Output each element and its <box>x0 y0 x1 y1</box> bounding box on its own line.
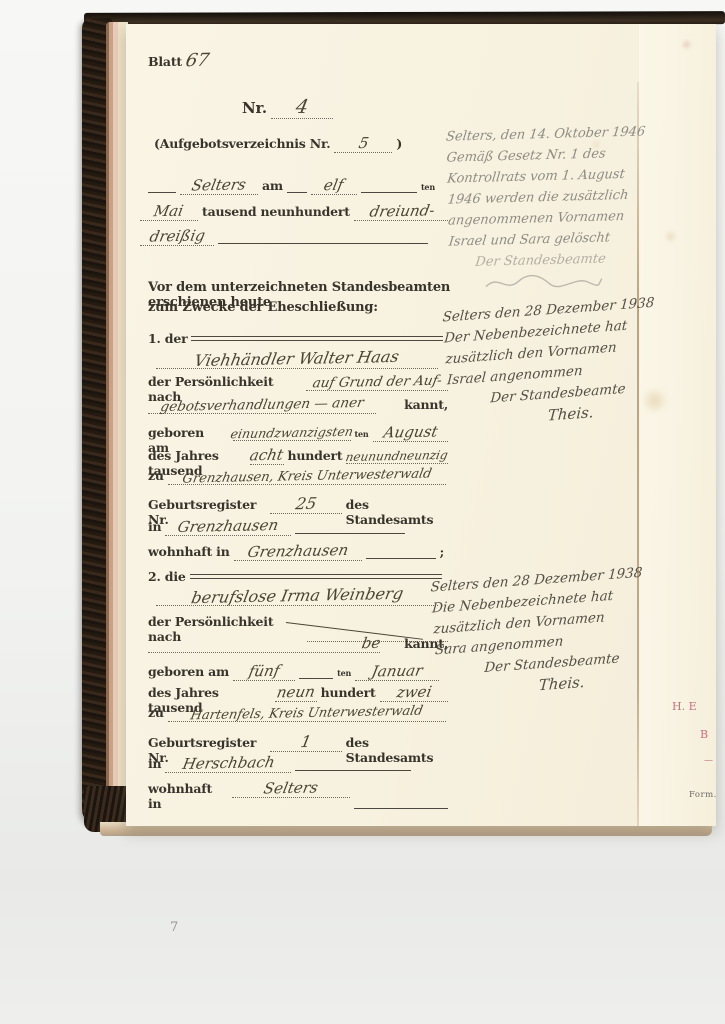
bride-birth-month-value: Januar <box>370 661 424 680</box>
bride-birth-place-value: Hartenfels, Kreis Unterwesterwald <box>189 704 424 724</box>
blank-rule <box>295 758 411 771</box>
date-year-value-2: dreißig <box>148 226 207 245</box>
bride-registry-place-row: in Herschbach <box>148 754 448 773</box>
groom-index-label: 1. der <box>148 331 187 346</box>
date-year-field-2: dreißig <box>140 227 214 246</box>
red-stamp-fragment-top: H. E <box>672 700 697 713</box>
ten-superscript: ten <box>421 182 435 192</box>
tausend-label: tausend neunhundert <box>202 204 350 219</box>
am-label: am <box>262 178 283 193</box>
blank-rule <box>287 180 307 193</box>
date-month-value: Mai <box>153 202 186 221</box>
signature-squiggle <box>484 270 605 295</box>
date-place-value: Selters <box>190 175 247 194</box>
groom-identity-row-2: gebotsverhandlungen — aner kannt, <box>148 397 448 414</box>
bride-in-label: in <box>148 756 161 771</box>
date-place-field: Selters <box>180 176 258 195</box>
date-month-field: Mai <box>140 202 198 221</box>
dateline-row-3: dreißig <box>140 227 450 246</box>
stacked-page-edges-left <box>106 22 128 822</box>
bride-century-value: neun <box>275 683 316 702</box>
bride-born-row: geboren am fünf ten Januar <box>148 662 448 681</box>
sara-name-annotation: Selters den 28 Dezember 1938 Die Nebenbe… <box>430 563 650 703</box>
bride-born-label: geboren am <box>148 664 229 679</box>
intro-text-2: zum Zwecke der Eheschließung: <box>148 300 378 315</box>
page-stains <box>126 24 127 25</box>
banns-close: ) <box>396 136 402 151</box>
dateline-row-1: Selters am elf ten <box>148 176 448 195</box>
banns-label: (Aufgebotsverzeichnis Nr. <box>154 136 330 151</box>
blank-rule <box>218 231 428 244</box>
groom-name-row: Viehhändler Walter Haas <box>156 349 456 369</box>
bride-hundert-label: hundert <box>321 685 376 700</box>
groom-registry-place-row: in Grenzhausen <box>148 517 448 536</box>
bride-name-field: berufslose Irma Weinberg <box>156 586 438 606</box>
groom-century-value: acht <box>249 446 286 465</box>
ten-superscript: ten <box>337 668 351 678</box>
groom-year-value: neunundneunzig <box>345 448 450 464</box>
blank-rule <box>295 521 405 534</box>
red-stamp-fragment-mid: B <box>700 728 708 741</box>
date-year-value-1: dreiund- <box>368 201 436 220</box>
groom-place-row: zu Grenzhausen, Kreis Unterwesterwald <box>148 468 448 485</box>
blank-rule <box>366 546 436 559</box>
groom-semicolon: ; <box>440 544 444 559</box>
record-no-value: 4 <box>294 96 310 118</box>
groom-birth-day-field: einundzwanzigsten <box>233 425 351 441</box>
bride-century-field: neun <box>275 683 317 702</box>
groom-birth-day-value: einundzwanzigsten <box>229 424 354 442</box>
groom-identity-field-1: auf Grund der Auf- <box>306 374 448 391</box>
bride-registry-place-value: Herschbach <box>181 753 276 773</box>
blank-rule <box>354 796 448 809</box>
blank-rule <box>299 666 333 679</box>
date-year-field-1: dreiund- <box>354 202 450 221</box>
groom-zu-label: zu <box>148 468 164 483</box>
date-day-field: elf <box>311 176 357 195</box>
groom-registry-place-value: Grenzhausen <box>176 516 280 536</box>
annotation-line: Der Standesbeamte <box>448 247 650 273</box>
sheet-number-value: 67 <box>184 50 211 71</box>
groom-identity-value-2: gebotsverhandlungen — aner <box>159 395 365 415</box>
double-rule <box>191 336 443 341</box>
record-no-field: 4 <box>271 96 333 119</box>
pencil-page-mark: 7 <box>170 920 178 935</box>
bride-identity-row-2: be kannt, <box>148 634 448 653</box>
record-no-label: Nr. <box>242 99 267 117</box>
double-rule <box>190 574 442 579</box>
dateline-row-2: Mai tausend neunhundert dreiund- <box>140 202 450 221</box>
bride-identity-value: be <box>360 634 382 652</box>
bride-register-no-field: 1 <box>270 732 341 752</box>
bride-name-value: berufslose Irma Weinberg <box>189 584 404 607</box>
bride-residence-value: Selters <box>262 778 319 797</box>
groom-birth-place-field: Grenzhausen, Kreis Unterwesterwald <box>168 469 446 485</box>
groom-register-no-field: 25 <box>270 494 341 514</box>
bride-place-row: zu Hartenfels, Kreis Unterwesterwald <box>148 705 448 722</box>
bride-birth-place-field: Hartenfels, Kreis Unterwesterwald <box>168 706 446 722</box>
record-number-row: Nr. 4 <box>242 96 442 119</box>
groom-birth-place-value: Grenzhausen, Kreis Unterwesterwald <box>181 466 433 486</box>
groom-residence-value: Grenzhausen <box>246 541 350 561</box>
bride-residence-label: wohnhaft in <box>148 781 228 811</box>
bride-index-label: 2. die <box>148 569 186 584</box>
bride-birth-day-value: fünf <box>247 662 281 681</box>
bride-index-row: 2. die <box>148 569 448 584</box>
register-page: Blatt 67 Nr. 4 (Aufgebotsverzeichnis Nr.… <box>126 24 716 826</box>
sheet-number-row: Blatt 67 <box>148 50 448 71</box>
red-stamp-fragment-dash: — <box>704 756 713 766</box>
bride-birth-month-field: Januar <box>355 662 439 681</box>
groom-residence-label: wohnhaft in <box>148 544 230 559</box>
form-number-label: Form. <box>689 790 717 800</box>
banns-register-row: (Aufgebotsverzeichnis Nr. 5 ) <box>154 134 414 153</box>
bride-residence-row: wohnhaft in Selters <box>148 779 448 811</box>
groom-century-field: acht <box>250 446 283 465</box>
date-day-value: elf <box>323 176 346 194</box>
groom-birth-month-field: August <box>373 423 448 442</box>
sheet-label: Blatt <box>148 54 182 69</box>
bride-year-value: zwei <box>395 683 433 702</box>
groom-residence-row: wohnhaft in Grenzhausen ; <box>148 542 448 561</box>
bride-name-row: berufslose Irma Weinberg <box>156 586 456 606</box>
blank-rule <box>148 180 176 193</box>
groom-identity-value-1: auf Grund der Auf- <box>311 373 443 392</box>
groom-index-row: 1. der <box>148 331 448 346</box>
groom-register-no-value: 25 <box>294 494 318 513</box>
bride-register-no-value: 1 <box>299 732 313 751</box>
groom-hundert-label: hundert <box>288 448 343 463</box>
groom-year-field: neunundneunzig <box>346 449 448 464</box>
bride-zu-label: zu <box>148 705 164 720</box>
groom-registry-place-field: Grenzhausen <box>165 517 291 536</box>
banns-no-value: 5 <box>357 134 370 152</box>
bride-birth-day-field: fünf <box>233 662 295 681</box>
groom-identity-field-2: gebotsverhandlungen — aner <box>148 397 376 414</box>
groom-kannt-label: kannt, <box>404 397 448 412</box>
ten-superscript: ten <box>355 429 369 439</box>
bride-residence-field: Selters <box>232 779 350 798</box>
israel-name-annotation: Selters den 28 Dezember 1938 Der Nebenbe… <box>442 293 662 433</box>
groom-in-label: in <box>148 519 161 534</box>
groom-residence-field: Grenzhausen <box>234 542 362 561</box>
groom-birth-month-value: August <box>382 422 439 441</box>
banns-no-field: 5 <box>334 134 392 153</box>
bride-registry-place-field: Herschbach <box>165 754 291 773</box>
control-council-annotation: Selters, den 14. Oktober 1946 Gemäß Gese… <box>446 121 650 302</box>
groom-name-value: Viehhändler Walter Haas <box>193 347 401 370</box>
bride-identity-field: be <box>148 634 380 653</box>
blank-rule <box>361 180 417 193</box>
groom-name-field: Viehhändler Walter Haas <box>156 349 438 369</box>
intro-line-2: zum Zwecke der Eheschließung: <box>148 300 478 315</box>
